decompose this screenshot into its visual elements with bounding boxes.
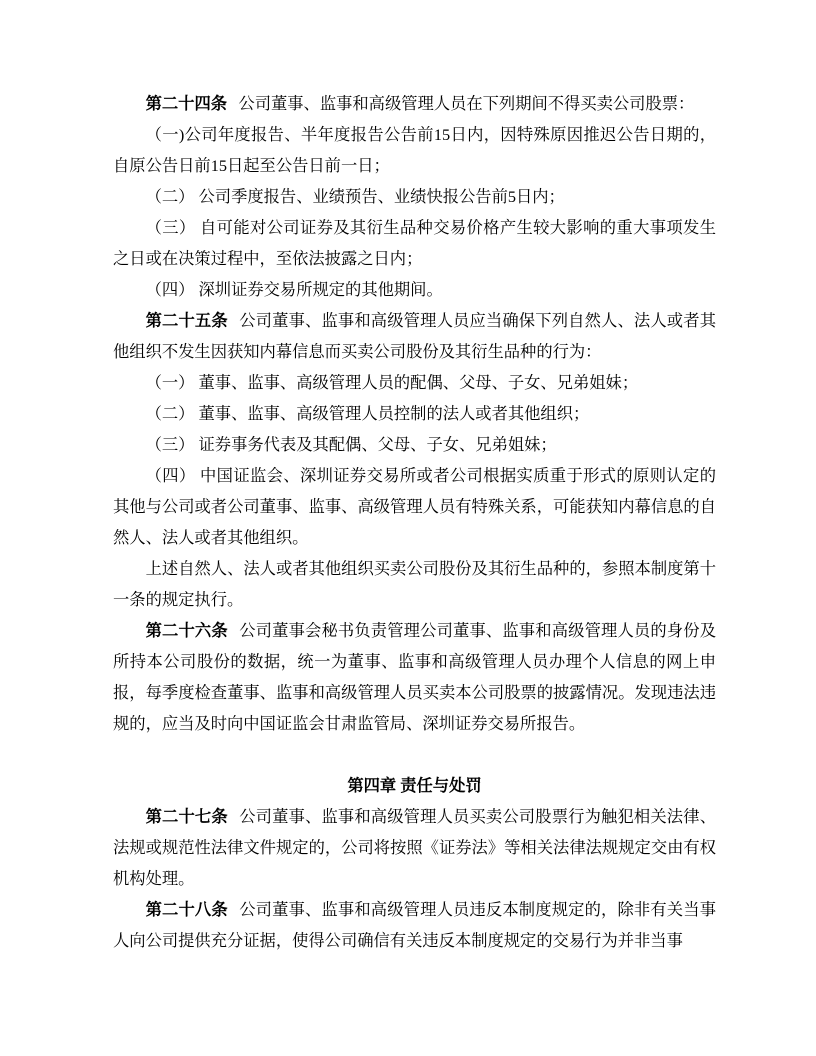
article-24-item-1: （一)公司年度报告、半年度报告公告前15日内，因特殊原因推迟公告日期的，自原公告… xyxy=(113,119,716,181)
article-25-number: 第二十五条 xyxy=(146,311,228,330)
article-28-paragraph: 第二十八条公司董事、监事和高级管理人员违反本制度规定的，除非有关当事人向公司提供… xyxy=(113,894,716,956)
article-24-item-4: （四） 深圳证券交易所规定的其他期间。 xyxy=(113,274,716,305)
article-24-number: 第二十四条 xyxy=(146,94,227,113)
document-page: 第二十四条公司董事、监事和高级管理人员在下列期间不得买卖公司股票： （一)公司年… xyxy=(0,0,816,1056)
article-26-paragraph: 第二十六条公司董事会秘书负责管理公司董事、监事和高级管理人员的身份及所持本公司股… xyxy=(113,615,716,739)
article-24-item-2: （二） 公司季度报告、业绩预告、业绩快报公告前5日内； xyxy=(113,181,716,212)
article-24-item-3: （三） 自可能对公司证券及其衍生品种交易价格产生较大影响的重大事项发生之日或在决… xyxy=(113,212,716,274)
article-27-paragraph: 第二十七条公司董事、监事和高级管理人员买卖公司股票行为触犯相关法律、法规或规范性… xyxy=(113,801,716,894)
document-body: 第二十四条公司董事、监事和高级管理人员在下列期间不得买卖公司股票： （一)公司年… xyxy=(113,88,716,956)
article-25-paragraph: 第二十五条公司董事、监事和高级管理人员应当确保下列自然人、法人或者其他组织不发生… xyxy=(113,305,716,367)
article-25-item-4: （四） 中国证监会、深圳证券交易所或者公司根据实质重于形式的原则认定的其他与公司… xyxy=(113,460,716,553)
article-24-paragraph: 第二十四条公司董事、监事和高级管理人员在下列期间不得买卖公司股票： xyxy=(113,88,716,119)
chapter-4-heading: 第四章 责任与处罚 xyxy=(113,770,716,801)
article-25-item-3: （三） 证券事务代表及其配偶、父母、子女、兄弟姐妹； xyxy=(113,429,716,460)
article-24-text: 公司董事、监事和高级管理人员在下列期间不得买卖公司股票： xyxy=(238,94,694,113)
article-25-item-1: （一） 董事、监事、高级管理人员的配偶、父母、子女、兄弟姐妹； xyxy=(113,367,716,398)
article-25-item-2: （二） 董事、监事、高级管理人员控制的法人或者其他组织； xyxy=(113,398,716,429)
article-25-closing-paragraph: 上述自然人、法人或者其他组织买卖公司股份及其衍生品种的，参照本制度第十一条的规定… xyxy=(113,553,716,615)
article-28-number: 第二十八条 xyxy=(146,900,228,919)
article-27-number: 第二十七条 xyxy=(146,807,228,826)
article-26-number: 第二十六条 xyxy=(146,621,228,640)
